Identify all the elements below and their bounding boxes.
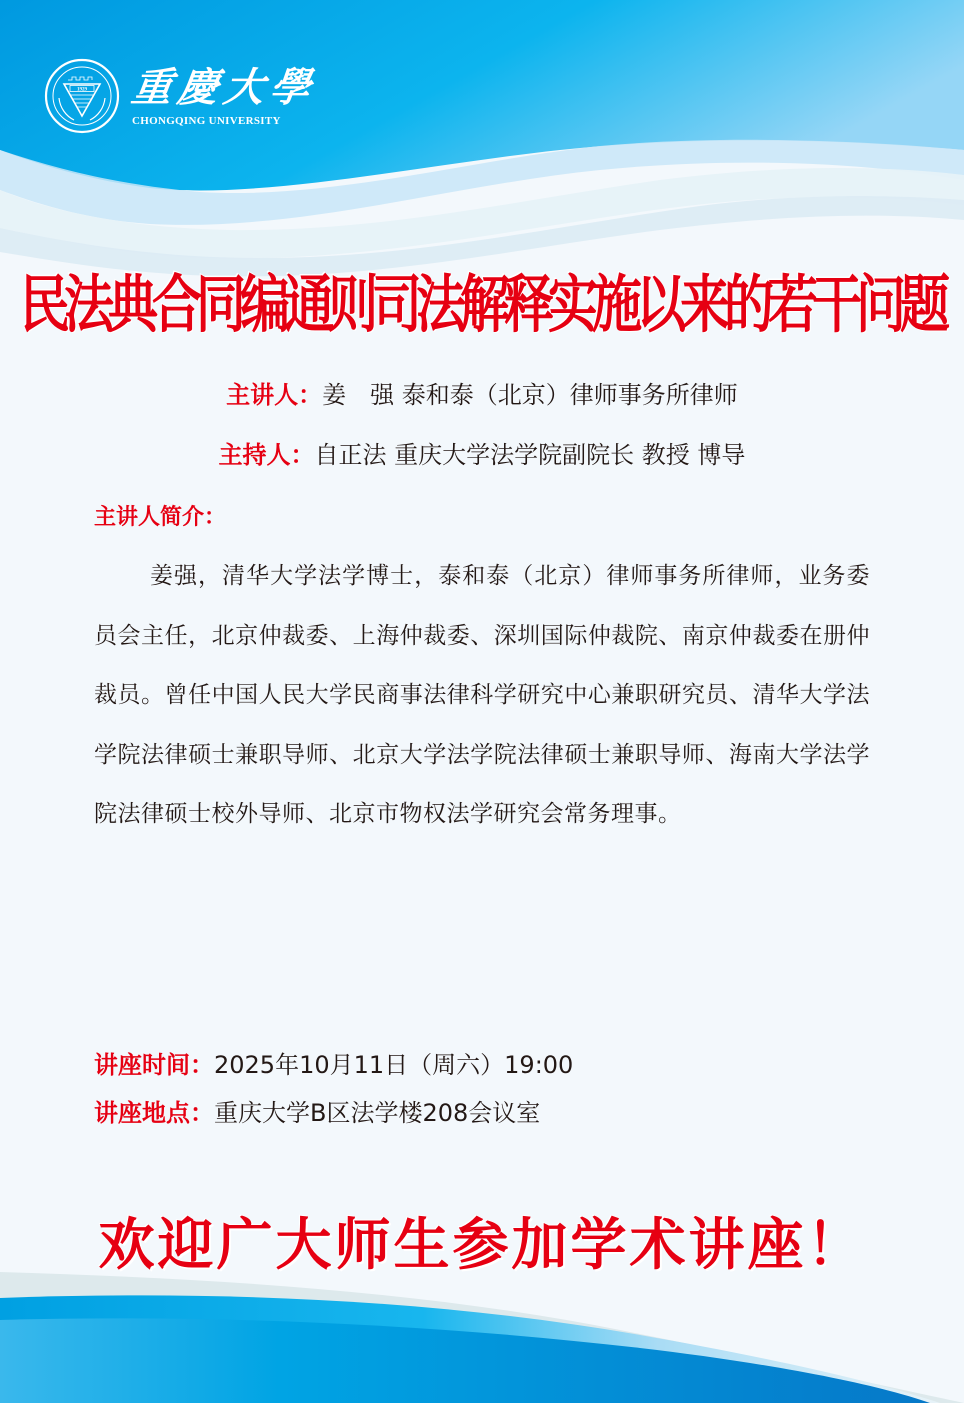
university-logo: 1929 重慶大學 CHONGQING UNIVERSITY [44,58,316,134]
time-value: 2025年10月11日（周六）19:00 [214,1051,573,1079]
speaker-line: 主讲人：姜 强 泰和泰（北京）律师事务所律师 [0,378,964,412]
host-value: 自正法 重庆大学法学院副院长 教授 博导 [315,441,746,469]
welcome-slogan: 欢迎广大师生参加学术讲座！ [0,1210,964,1280]
university-emblem-icon: 1929 [44,58,120,134]
bio-text: 姜强，清华大学法学博士，泰和泰（北京）律师事务所律师，业务委员会主任，北京仲裁委… [94,547,870,845]
host-label: 主持人： [219,441,315,469]
svg-text:1929: 1929 [77,88,88,93]
bio-heading: 主讲人简介： [94,502,226,534]
venue-label: 讲座地点： [94,1099,214,1127]
university-name-en: CHONGQING UNIVERSITY [132,115,281,127]
university-name-cn: 重慶大學 [129,65,319,111]
speaker-label: 主讲人： [226,381,322,409]
venue-value: 重庆大学B区法学楼208会议室 [214,1099,540,1127]
lecture-time: 讲座时间：2025年10月11日（周六）19:00 [94,1048,573,1082]
lecture-title: 民法典合同编通则司法解释实施以来的若干问题 [0,252,964,357]
speaker-value: 姜 强 泰和泰（北京）律师事务所律师 [322,381,738,409]
lecture-venue: 讲座地点：重庆大学B区法学楼208会议室 [94,1096,540,1130]
host-line: 主持人：自正法 重庆大学法学院副院长 教授 博导 [0,438,964,472]
time-label: 讲座时间： [94,1051,214,1079]
